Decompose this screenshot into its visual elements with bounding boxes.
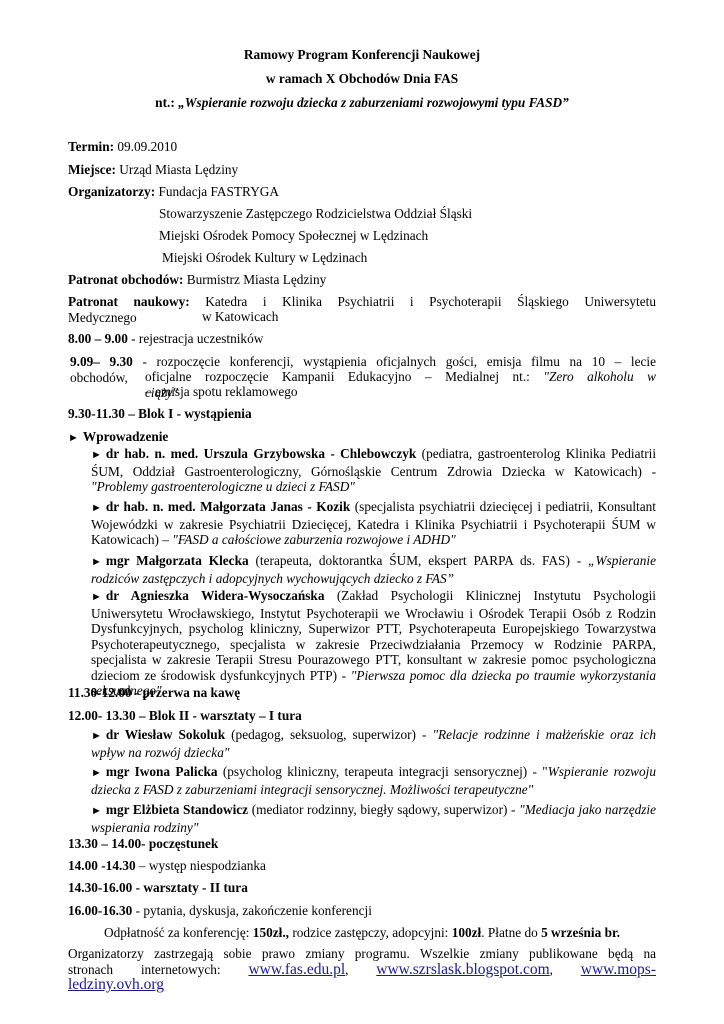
introduction-label: Wprowadzenie bbox=[83, 429, 168, 444]
surprise-performance: 14.00 -14.30 – występ niespodzianka bbox=[68, 858, 266, 874]
termin-label: Termin: bbox=[68, 139, 114, 154]
speaker-item: ►dr Wiesław Sokoluk (pedagog, seksuolog,… bbox=[91, 727, 656, 760]
organizator-item: Stowarzyszenie Zastępczego Rodzicielstwa… bbox=[159, 206, 472, 222]
separator: , bbox=[345, 962, 376, 977]
document-page: Ramowy Program Konferencji Naukowej w ra… bbox=[0, 0, 724, 1024]
triangle-bullet-icon: ► bbox=[91, 502, 102, 514]
miejsce: Miejsce: Urząd Miasta Lędziny bbox=[68, 162, 238, 178]
speaker-item: ►dr hab. n. med. Urszula Grzybowska - Ch… bbox=[91, 446, 656, 495]
fee-info: Odpłatność za konferencję: 150zł., rodzi… bbox=[0, 925, 724, 941]
speaker-name: dr Agnieszka Widera-Wysoczańska bbox=[106, 588, 325, 603]
doc-title-line1: Ramowy Program Konferencji Naukowej bbox=[0, 47, 724, 63]
workshops-round2: 14.30-16.00 - warsztaty - II tura bbox=[68, 880, 248, 896]
miejsce-value: Urząd Miasta Lędziny bbox=[116, 162, 238, 177]
doc-title-line2: w ramach X Obchodów Dnia FAS bbox=[0, 71, 724, 87]
speaker-name: dr hab. n. med. Małgorzata Janas - Kozik bbox=[106, 499, 350, 514]
speaker-description: (mediator rodzinny, biegły sądowy, super… bbox=[248, 802, 519, 817]
fee-reduced: 100zł bbox=[452, 925, 482, 940]
time: 8.00 – 9.00 bbox=[68, 331, 128, 346]
description: - pytania, dyskusja, zakończenie konfere… bbox=[132, 903, 372, 918]
fee-label3: . Płatne do bbox=[481, 925, 541, 940]
description: – występ niespodzianka bbox=[136, 858, 266, 873]
triangle-bullet-icon: ► bbox=[68, 432, 79, 444]
doc-title-line3: nt.: „Wspieranie rozwoju dziecka z zabur… bbox=[0, 95, 724, 111]
patronat-obchodow-value: Burmistrz Miasta Lędziny bbox=[183, 272, 326, 287]
termin: Termin: 09.09.2010 bbox=[68, 139, 177, 155]
speaker-item: ►mgr Małgorzata Klecka (terapeuta, dokto… bbox=[91, 553, 656, 586]
refreshments: 13.30 – 14.00- poczęstunek bbox=[68, 836, 218, 852]
time: 16.00-16.30 bbox=[68, 903, 132, 918]
separator: , bbox=[550, 962, 581, 977]
organizator-item: Miejski Ośrodek Pomocy Społecznej w Lędz… bbox=[159, 228, 428, 244]
speaker-item: ►mgr Iwona Palicka (psycholog kliniczny,… bbox=[91, 764, 656, 797]
speaker-name: dr hab. n. med. Urszula Grzybowska - Chl… bbox=[106, 446, 416, 461]
speaker-description: (psycholog kliniczny, terapeuta integrac… bbox=[218, 764, 548, 779]
triangle-bullet-icon: ► bbox=[91, 767, 102, 779]
time: 9.09– 9.30 bbox=[70, 354, 133, 369]
patronat-naukowy-label: Patronat naukowy: bbox=[68, 294, 190, 309]
patronat-naukowy: Patronat naukowy: Katedra i Klinika Psyc… bbox=[68, 294, 656, 325]
patronat-obchodow-label: Patronat obchodów: bbox=[68, 272, 183, 287]
speaker-name: mgr Małgorzata Klecka bbox=[106, 553, 249, 568]
speaker-item: ►mgr Elżbieta Standowicz (mediator rodzi… bbox=[91, 802, 656, 835]
block1-heading: 9.30-11.30 – Blok I - wystąpienia bbox=[68, 406, 252, 422]
footer-note: Organizatorzy zastrzegają sobie prawo zm… bbox=[68, 946, 656, 993]
closing: 16.00-16.30 - pytania, dyskusja, zakończ… bbox=[68, 903, 372, 919]
speaker-name: dr Wiesław Sokoluk bbox=[106, 727, 225, 742]
time: 14.00 -14.30 bbox=[68, 858, 136, 873]
organizatorzy: Organizatorzy: Fundacja FASTRYGA bbox=[68, 184, 279, 200]
talk-title: "Problemy gastroenterologiczne u dzieci … bbox=[91, 479, 355, 494]
triangle-bullet-icon: ► bbox=[91, 591, 102, 603]
patronat-obchodow: Patronat obchodów: Burmistrz Miasta Lędz… bbox=[68, 272, 326, 288]
fee-standard: 150zł., bbox=[253, 925, 289, 940]
schedule-registration: 8.00 – 9.00 - rejestracja uczestników bbox=[68, 331, 263, 347]
miejsce-label: Miejsce: bbox=[68, 162, 116, 177]
topic-prefix: nt.: bbox=[155, 95, 178, 110]
fee-label2: rodzice zastępczy, adopcyjni: bbox=[289, 925, 452, 940]
description: oficjalne rozpoczęcie Kampanii Edukacyjn… bbox=[145, 369, 543, 384]
speaker-item: ►dr hab. n. med. Małgorzata Janas - Kozi… bbox=[91, 499, 656, 548]
triangle-bullet-icon: ► bbox=[91, 805, 102, 817]
link-szrslask[interactable]: www.szrslask.blogspot.com bbox=[376, 961, 549, 978]
fee-label: Odpłatność za konferencję: bbox=[104, 925, 253, 940]
speaker-name: mgr Elżbieta Standowicz bbox=[106, 802, 248, 817]
organizatorzy-label: Organizatorzy: bbox=[68, 184, 155, 199]
speaker-name: mgr Iwona Palicka bbox=[106, 764, 218, 779]
block2-heading: 12.00- 13.30 – Blok II - warsztaty – I t… bbox=[68, 708, 302, 724]
patronat-naukowy-value-cont: w Katowicach bbox=[202, 309, 278, 325]
termin-value: 09.09.2010 bbox=[114, 139, 177, 154]
triangle-bullet-icon: ► bbox=[91, 556, 102, 568]
schedule-opening-cont2: – emisja spotu reklamowego bbox=[145, 384, 298, 400]
organizator-item: Fundacja FASTRYGA bbox=[155, 184, 279, 199]
topic-title: „Wspieranie rozwoju dziecka z zaburzenia… bbox=[178, 95, 569, 110]
speaker-description: (pedagog, seksuolog, superwizor) - bbox=[225, 727, 432, 742]
organizator-item: Miejski Ośrodek Kultury w Lędzinach bbox=[162, 250, 367, 266]
talk-title: "FASD a całościowe zaburzenia rozwojowe … bbox=[172, 532, 456, 547]
speaker-description: (terapeuta, doktorantka ŚUM, ekspert PAR… bbox=[249, 553, 588, 568]
coffee-break: 11.30-12.00 - przerwa na kawę bbox=[68, 685, 240, 701]
link-fas[interactable]: www.fas.edu.pl bbox=[248, 961, 345, 978]
triangle-bullet-icon: ► bbox=[91, 730, 102, 742]
triangle-bullet-icon: ► bbox=[91, 449, 102, 461]
fee-deadline: 5 września br. bbox=[541, 925, 620, 940]
description: - rejestracja uczestników bbox=[128, 331, 264, 346]
speaker-item: ►dr Agnieszka Widera-Wysoczańska (Zakład… bbox=[91, 588, 656, 699]
introduction-heading: ►Wprowadzenie bbox=[68, 429, 168, 447]
